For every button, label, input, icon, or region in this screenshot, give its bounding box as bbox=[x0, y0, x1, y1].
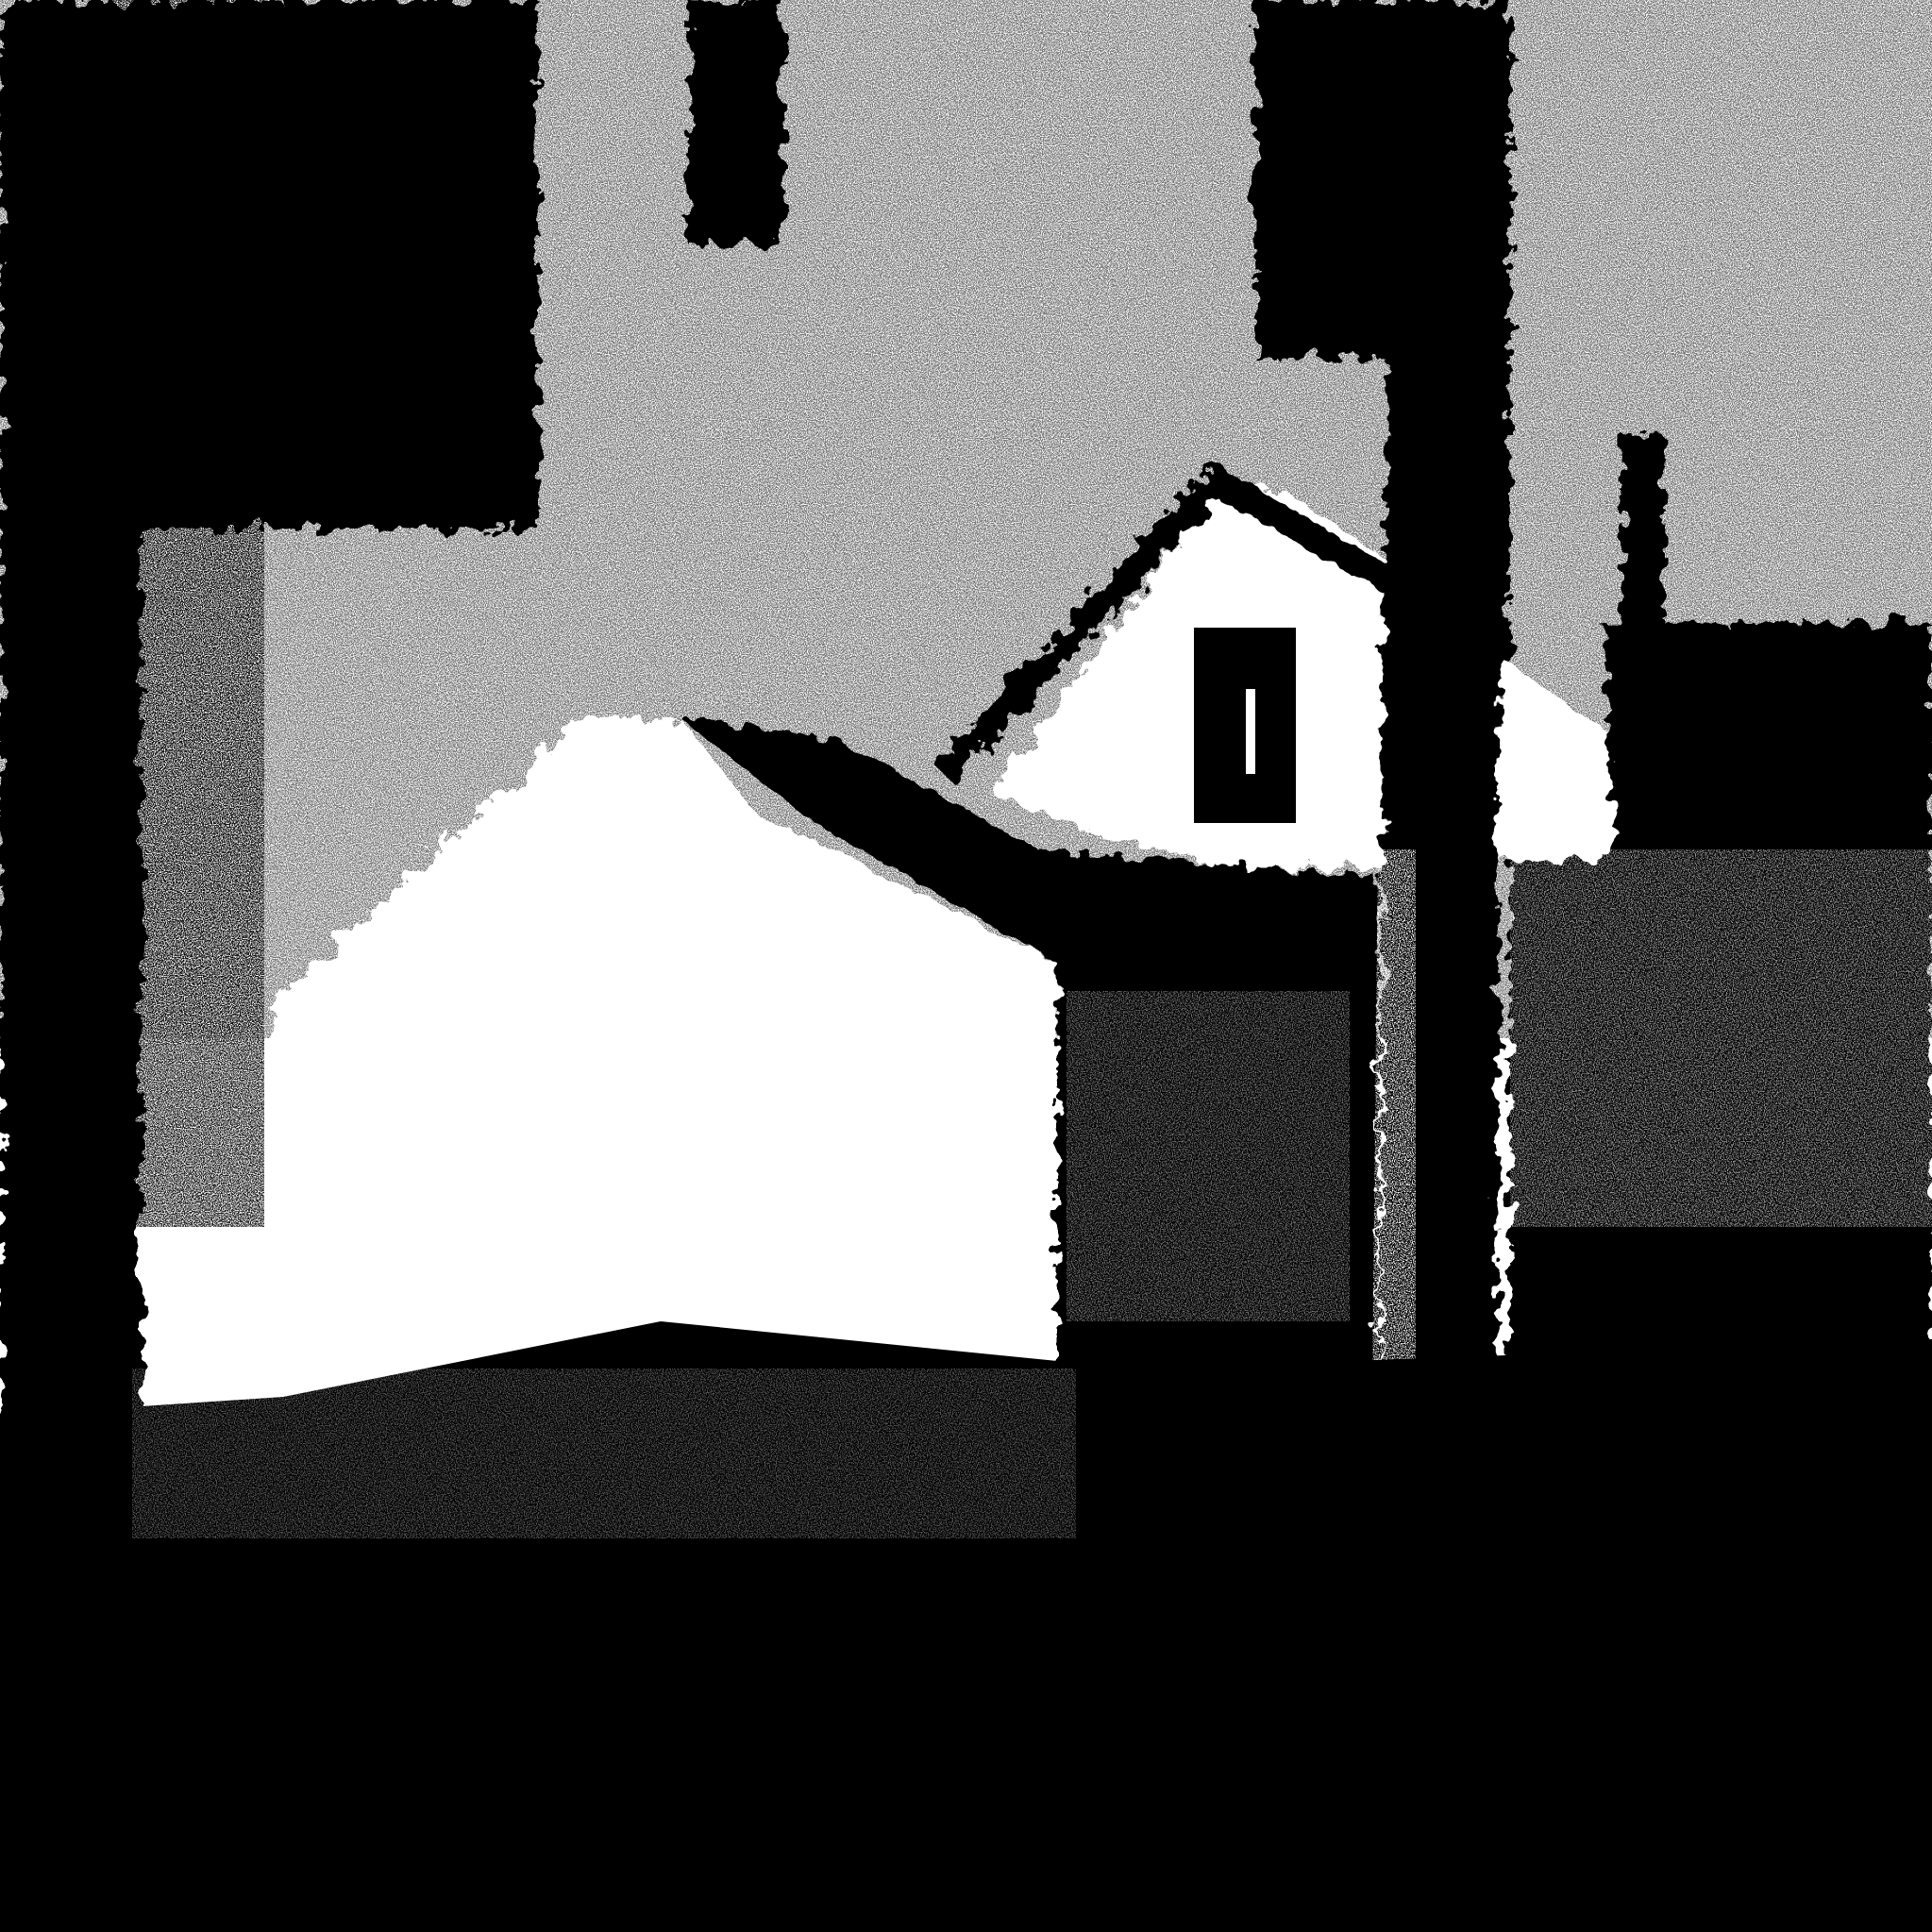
photo-svg bbox=[0, 0, 1932, 1932]
chimney bbox=[1621, 434, 1664, 623]
window bbox=[1194, 628, 1296, 823]
photo-scene bbox=[0, 0, 1932, 1932]
